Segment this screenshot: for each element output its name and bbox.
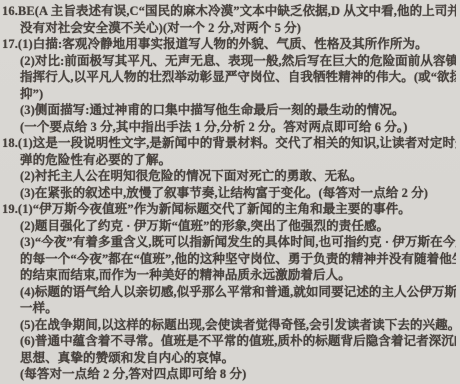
answer-19-score-note: (每答对一点给 2 分,答对四点即可给 8 分) — [2, 366, 456, 383]
answer-19-line: (4)标题的语气给人以亲切感,似乎那么平常和普通,就如同要记述的主人公伊万斯 — [2, 284, 456, 301]
answer-18-line: 18.(1)这是一段说明性文字,是新闻中的背景材料。交代了相关的知识,让读者对定… — [2, 135, 456, 152]
answer-18-line: (2)衬托主人公在明知很危险的情况下面对死亡的勇敢、无私。 — [2, 168, 456, 185]
answer-17-line: (2)对比:前面极写其平凡、无声无息、表现一般,然后写在巨大的危险面前从容镇定地 — [2, 53, 456, 70]
answer-19-line: 的结束而结束,而作为一种美好的精神品质永远激励着后人。 — [2, 267, 456, 284]
answer-19-line: 一样。 — [2, 300, 456, 317]
answer-16-line: 没有对社会安全漠不关心)(对一个 2 分,对两个 5 分) — [2, 20, 456, 37]
answer-19-line: (2)题目强化了约克 · 伊万斯“值班”的形象,突出了他强烈的责任感。 — [2, 218, 456, 235]
answer-16-line: 16.BE(A 主旨表述有误,C“国民的麻木冷漠”文本中缺乏依据,D 从文中看,… — [2, 3, 456, 20]
answer-17-line: (3)侧面描写:通过神甫的口集中描写他生命最后一刻的最生动的情况。 — [2, 102, 456, 119]
answer-19-line: (3)“今夜”有着多重含义,既可以指新闻发生的具体时间,也可指约克 · 伊万斯在… — [2, 234, 456, 251]
answer-19-line: 的每一个“今夜”都在“值班”,他的这种坚守岗位、勇于负责的精神并没有随着他生命 — [2, 251, 456, 268]
answer-17-score-note: (一个要点给 3 分,其中指出手法 1 分,分析 2 分。答对两点即可给 6 分… — [2, 119, 456, 136]
answer-18-line: 弹的危险性有必要的了解。 — [2, 152, 456, 169]
answer-19-line: (6)普通中蕴含着不寻常。值班是不平常的值班,质朴的标题背后隐含着记者深沉的 — [2, 333, 456, 350]
answer-19-line: 思想、真挚的赞颂和发自内心的哀悼。 — [2, 350, 456, 367]
answer-17-line: 抑”) — [2, 86, 456, 103]
answer-18-line: (3)在紧张的叙述中,放慢了叙事节奏,让结构富于变化。(每答对一点给 2 分) — [2, 185, 456, 202]
answer-19-line: (5)在战争期间,以这样的标题出现,会使读者觉得奇怪,会引发读者读下去的兴趣。 — [2, 317, 456, 334]
answer-17-line: 17.(1)白描:客观冷静地用事实报道写人物的外貌、气质、性格及其所作所为。 — [2, 36, 456, 53]
answer-17-line: 指挥行人,以平凡人物的壮烈举动彰显严守岗位、自我牺牲精神的伟大。(或“欲扬先 — [2, 69, 456, 86]
answer-19-line: 19.(1)“伊万斯今夜值班”作为新闻标题交代了新闻的主角和最主要的事件。 — [2, 201, 456, 218]
answer-sheet-page: 16.BE(A 主旨表述有误,C“国民的麻木冷漠”文本中缺乏依据,D 从文中看,… — [0, 0, 460, 384]
